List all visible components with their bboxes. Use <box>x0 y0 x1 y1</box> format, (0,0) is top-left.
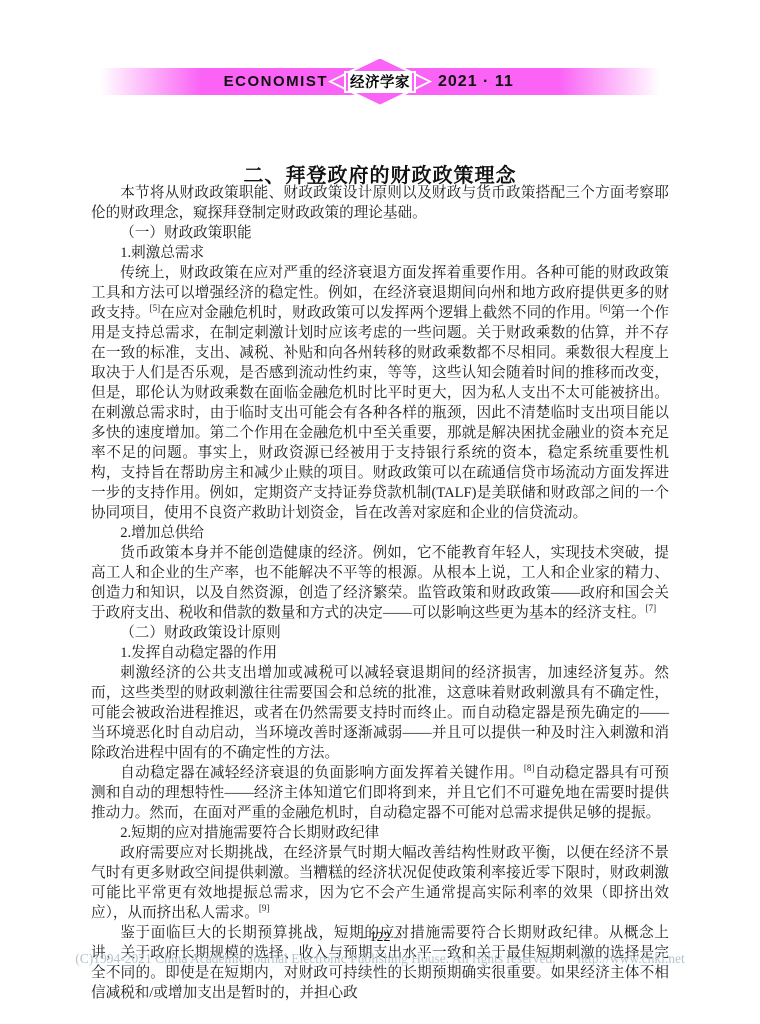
section-heading: 1.发挥自动稳定器的作用 <box>91 643 669 663</box>
citation-marker: [5] <box>150 303 161 313</box>
section-heading: 1.刺激总需求 <box>91 243 669 263</box>
citation-marker: [9] <box>259 903 270 913</box>
section-heading: 2.增加总供给 <box>91 523 669 543</box>
paragraph: 货币政策本身并不能创造健康的经济。例如，它不能教育年轻人，实现技术突破，提高工人… <box>91 543 669 623</box>
cnki-url: http://www.cnki.net <box>578 951 685 966</box>
journal-logo-emblem: 经济学家 <box>328 56 432 108</box>
journal-header-banner: ECONOMIST 经济学家 2021 · 11 <box>100 68 660 95</box>
citation-marker: [7] <box>646 603 657 613</box>
paragraph: 政府需要应对长期挑战，在经济景气时期大幅改善结构性财政平衡，以便在经济不景气时有… <box>91 843 669 923</box>
paragraph: 自动稳定器在减轻经济衰退的负面影响方面发挥着关键作用。[8]自动稳定器具有可预测… <box>91 763 669 823</box>
journal-page: ECONOMIST 经济学家 2021 · 11 二、拜登政府的财政政策理念 本… <box>0 0 760 1024</box>
citation-marker: [8] <box>524 763 535 773</box>
journal-logo: 经济学家 <box>344 71 416 93</box>
section-heading: （二）财政政策设计原则 <box>91 623 669 643</box>
page-number: – 122 – <box>0 930 760 946</box>
economist-label: ECONOMIST <box>100 68 328 95</box>
paragraph: 传统上，财政政策在应对严重的经济衰退方面发挥着重要作用。各种可能的财政政策工具和… <box>91 263 669 523</box>
paragraph: 本节将从财政政策职能、财政政策设计原则以及财政与货币政策搭配三个方面考察耶伦的财… <box>91 183 669 223</box>
citation-marker: [6] <box>600 303 611 313</box>
section-heading: 2.短期的应对措施需要符合长期财政纪律 <box>91 823 669 843</box>
section-heading: （一）财政政策职能 <box>91 223 669 243</box>
copyright-line: (C)1994-2021 China Academic Journal Elec… <box>0 951 760 967</box>
article-body: 本节将从财政政策职能、财政政策设计原则以及财政与货币政策搭配三个方面考察耶伦的财… <box>91 183 669 1003</box>
paragraph: 刺激经济的公共支出增加或减税可以减轻衰退期间的经济损害，加速经济复苏。然而，这些… <box>91 663 669 763</box>
issue-label: 2021 · 11 <box>438 68 514 95</box>
copyright-notice: (C)1994-2021 China Academic Journal Elec… <box>75 951 555 966</box>
